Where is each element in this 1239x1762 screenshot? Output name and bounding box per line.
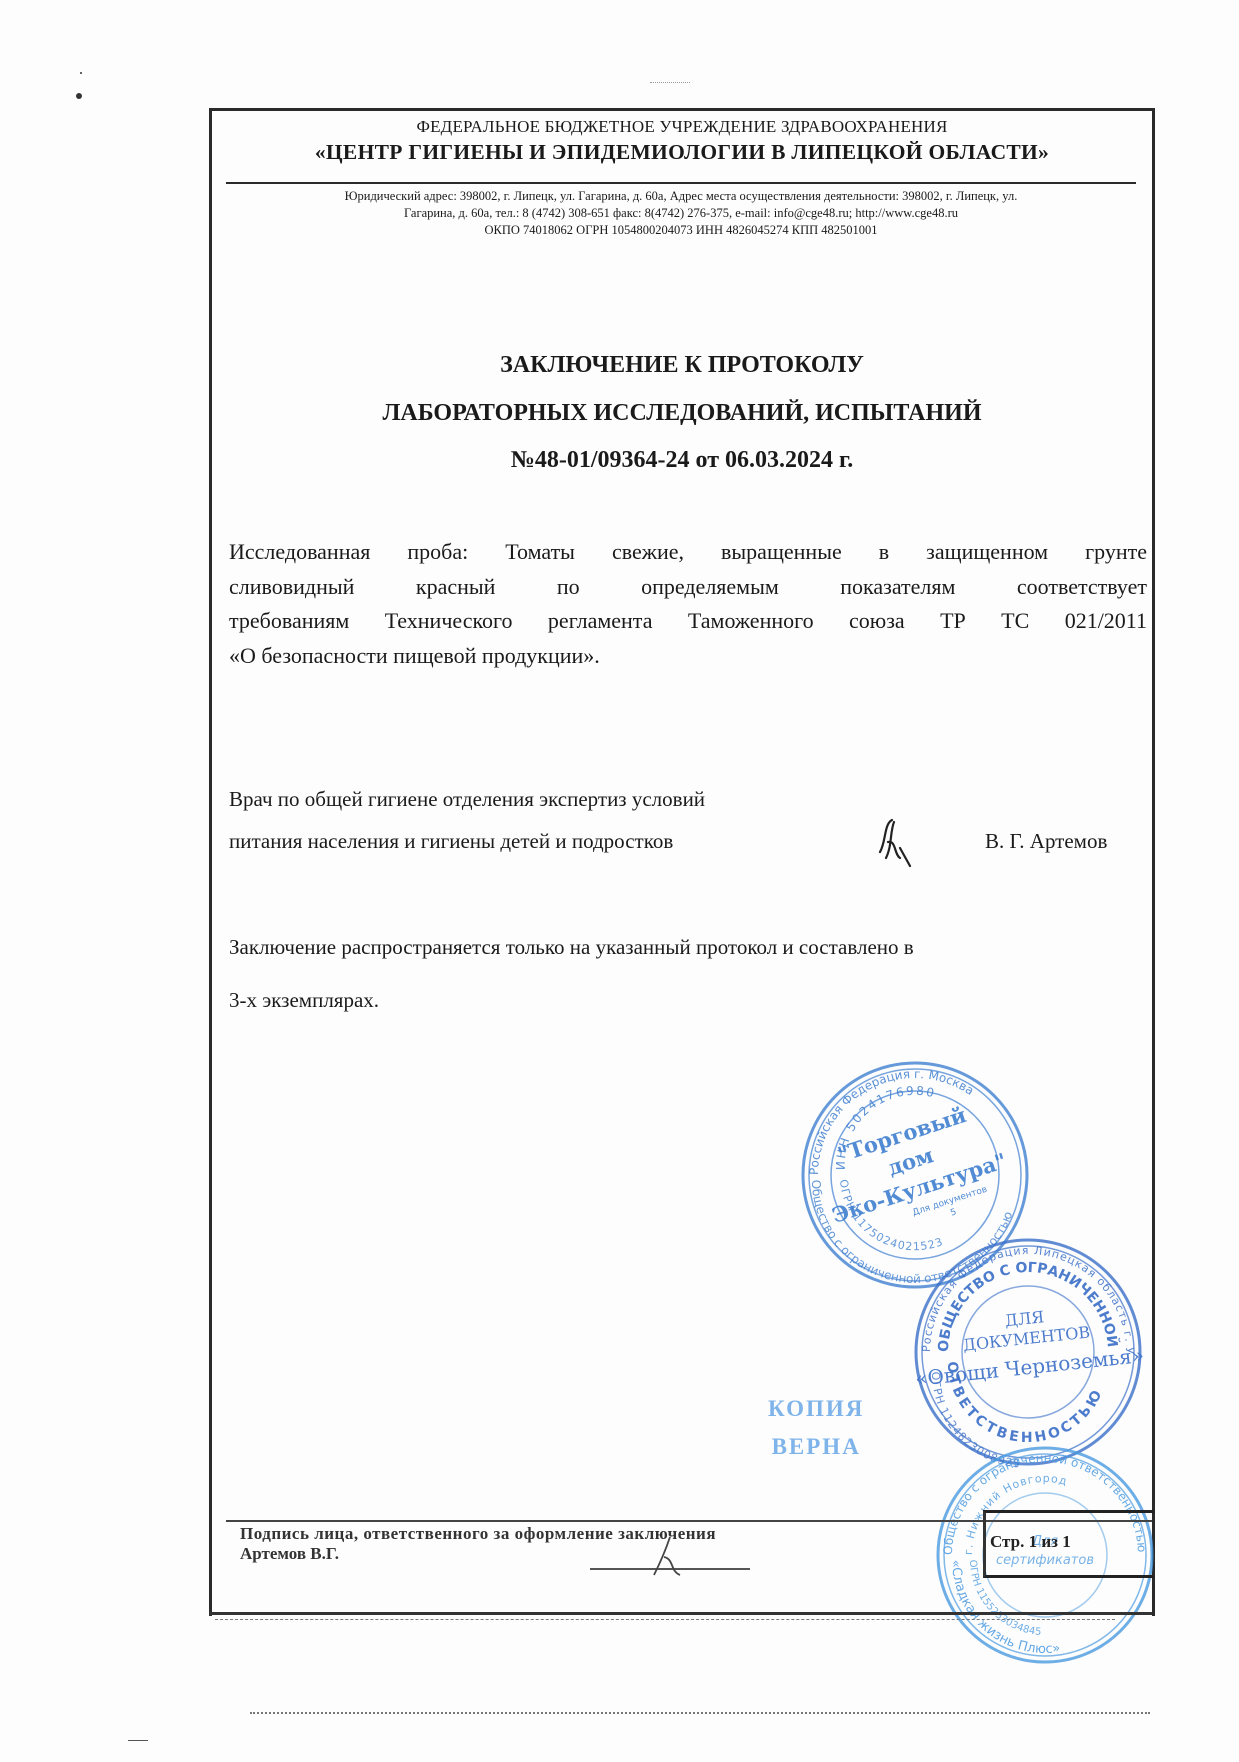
scan-speck: [76, 93, 82, 99]
signatory-role-line1: Врач по общей гигиене отделения эксперти…: [229, 787, 705, 812]
note-line1: Заключение распространяется только на ук…: [229, 935, 914, 960]
company-seal-ovoshchi-chernozemya-icon: Российская Федерация Липецкая область г.…: [908, 1232, 1148, 1472]
header-divider: [226, 182, 1136, 184]
document-title-line1: ЗАКЛЮЧЕНИЕ К ПРОТОКОЛУ: [212, 352, 1152, 379]
org-name-line1: ФЕДЕРАЛЬНОЕ БЮДЖЕТНОЕ УЧРЕЖДЕНИЕ ЗДРАВОО…: [212, 117, 1152, 137]
page-number: Стр. 1 из 1: [990, 1532, 1071, 1552]
svg-text:ДЛЯ: ДЛЯ: [1004, 1307, 1045, 1330]
responsible-signature-icon: [640, 1535, 700, 1580]
org-name-line2: «ЦЕНТР ГИГИЕНЫ И ЭПИДЕМИОЛОГИИ В ЛИПЕЦКО…: [212, 140, 1152, 165]
note-line2: 3-х экземплярах.: [229, 988, 379, 1013]
copy-verified-stamp: КОПИЯ ВЕРНА: [768, 1390, 864, 1466]
document-title-line2: ЛАБОРАТОРНЫХ ИССЛЕДОВАНИЙ, ИСПЫТАНИЙ: [212, 400, 1152, 427]
scan-speck: [80, 72, 82, 74]
signatory-role-line2: питания населения и гигиены детей и подр…: [229, 829, 673, 854]
frame-bottom-dashed: [215, 1619, 1115, 1621]
scan-artifact: [128, 1740, 148, 1742]
svg-text:5: 5: [949, 1207, 958, 1218]
conclusion-line: сливовидный красный по определяемым пока…: [229, 570, 1147, 605]
frame-bottom-border: [209, 1612, 1152, 1615]
conclusion-line: требованиям Технического регламента Тамо…: [229, 604, 1147, 639]
copy-stamp-line1: КОПИЯ: [768, 1390, 864, 1428]
address-line2: Гагарина, д. 60а, тел.: 8 (4742) 308-651…: [226, 205, 1136, 222]
conclusion-line: «О безопасности пищевой продукции».: [229, 639, 1147, 674]
handwritten-signature-icon: [870, 812, 930, 872]
scan-artifact: [250, 1712, 1150, 1715]
conclusion-line: Исследованная проба: Томаты свежие, выра…: [229, 535, 1147, 570]
protocol-number: №48-01/09364-24 от 06.03.2024 г.: [212, 447, 1152, 474]
address-line1: Юридический адрес: 398002, г. Липецк, ул…: [226, 188, 1136, 205]
org-address: Юридический адрес: 398002, г. Липецк, ул…: [226, 188, 1136, 239]
copy-stamp-line2: ВЕРНА: [768, 1428, 864, 1466]
address-line3: ОКПО 74018062 ОГРН 1054800204073 ИНН 482…: [226, 222, 1136, 239]
conclusion-text: Исследованная проба: Томаты свежие, выра…: [229, 535, 1147, 673]
signatory-name: В. Г. Артемов: [985, 829, 1107, 854]
scan-artifact: [650, 82, 690, 84]
responsible-name: Артемов В.Г.: [240, 1544, 339, 1564]
document-page: ФЕДЕРАЛЬНОЕ БЮДЖЕТНОЕ УЧРЕЖДЕНИЕ ЗДРАВОО…: [0, 0, 1239, 1762]
